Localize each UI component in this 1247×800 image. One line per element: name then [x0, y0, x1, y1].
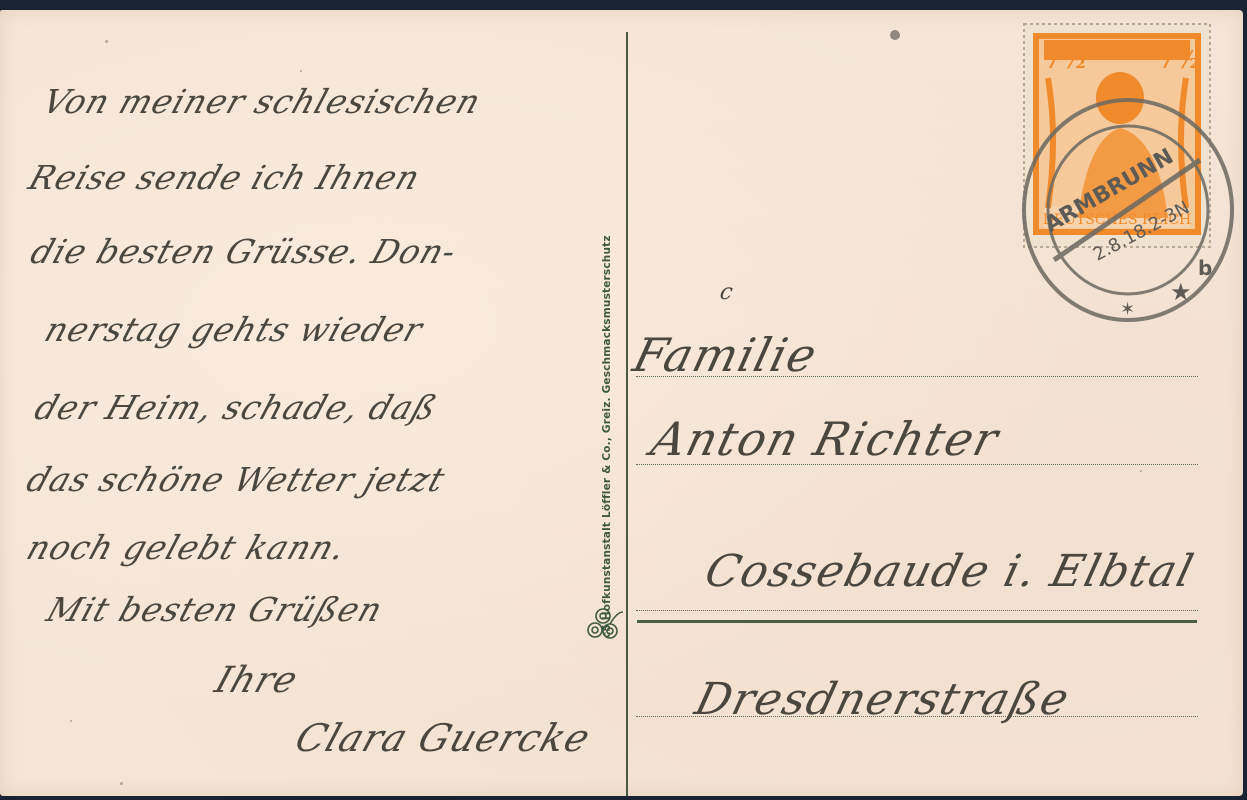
signature: Clara Guercke [290, 716, 596, 760]
paper-speck [300, 70, 302, 72]
ink-blot [890, 30, 900, 40]
postmark-star-icon: ★ [1170, 278, 1192, 306]
address-dotted-line-2 [636, 464, 1198, 465]
address-line-3: Cossebaude i. Elbtal [700, 546, 1199, 597]
postmark-suffix: b [1198, 256, 1212, 280]
paper-speck [1140, 470, 1142, 472]
postmark-star-icon: ✶ [1120, 299, 1135, 320]
message-line-4: nerstag gehts wieder [40, 310, 428, 349]
address-solid-rule [637, 620, 1197, 623]
postcard: Von meiner schlesischen Reise sende ich … [0, 10, 1243, 796]
stamp-denomination-right: 7½ [1158, 45, 1200, 74]
address-line-2: Anton Richter [646, 412, 1005, 466]
address-line-4: Dresdnerstraße [690, 674, 1075, 725]
message-line-1: Von meiner schlesischen [38, 82, 486, 121]
address-dotted-line-1 [636, 376, 1198, 377]
message-line-6: das schöne Wetter jetzt [22, 460, 450, 499]
publisher-imprint: c5 Hofkunstanstalt Löffler & Co., Greiz.… [593, 120, 623, 640]
card-divider-line [626, 32, 628, 796]
message-line-8: Mit besten Grüßen [42, 590, 388, 629]
stamp-denomination-left: 7½ [1044, 45, 1086, 74]
publisher-imprint-text: c5 Hofkunstanstalt Löffler & Co., Greiz.… [601, 235, 613, 638]
message-line-7: noch gelebt kann. [22, 528, 351, 567]
address-dotted-line-4 [636, 716, 1198, 717]
message-closing: Ihre [210, 660, 303, 701]
message-line-3: die besten Grüsse. Don- [26, 232, 462, 271]
paper-speck [105, 40, 108, 43]
address-mark: c [718, 280, 735, 305]
paper-speck [120, 782, 123, 785]
clover-monogram-logo-icon [583, 606, 623, 646]
message-line-2: Reise sende ich Ihnen [24, 158, 426, 197]
postmark-cancellation: ARMBRUNN 2.8.18.2-3N b ✶ ★ [1020, 90, 1242, 330]
address-dotted-line-3 [636, 610, 1198, 611]
paper-speck [70, 720, 72, 722]
address-line-1: Familie [628, 328, 823, 382]
message-line-5: der Heim, schade, daß [30, 388, 443, 427]
